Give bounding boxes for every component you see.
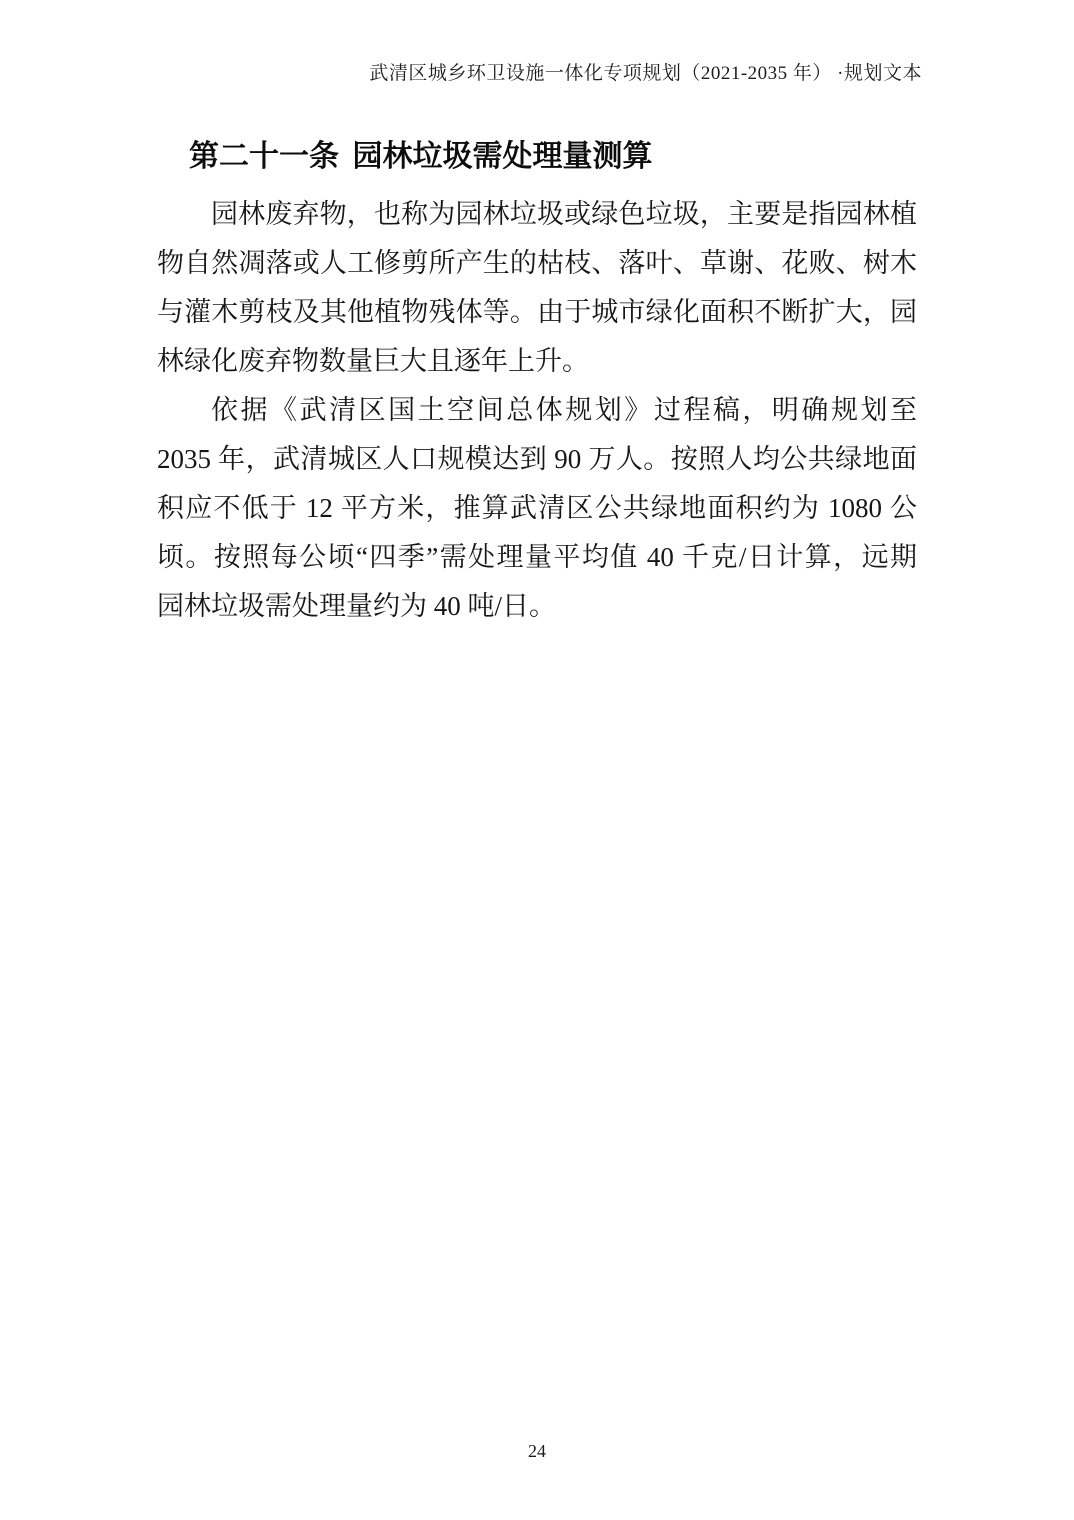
text-line: 依据《武清区国土空间总体规划》过程稿，明确规划至 — [157, 386, 917, 435]
section-heading: 第二十一条园林垃圾需处理量测算 — [189, 131, 653, 175]
section-number: 第二十一条 — [189, 140, 339, 173]
paragraph-2: 依据《武清区国土空间总体规划》过程稿，明确规划至 2035 年，武清城区人口规模… — [157, 386, 917, 631]
page-header: 武清区城乡环卫设施一体化专项规划（2021-2035 年） ·规划文本 — [369, 58, 922, 85]
paragraph-1: 园林废弃物，也称为园林垃圾或绿色垃圾，主要是指园林植 物自然凋落或人工修剪所产生… — [157, 190, 917, 386]
document-body: 园林废弃物，也称为园林垃圾或绿色垃圾，主要是指园林植 物自然凋落或人工修剪所产生… — [157, 190, 917, 631]
text-line: 园林垃圾需处理量约为 40 吨/日。 — [157, 582, 917, 631]
text-line: 顷。按照每公顷“四季”需处理量平均值 40 千克/日计算，远期 — [157, 533, 917, 582]
text-line: 园林废弃物，也称为园林垃圾或绿色垃圾，主要是指园林植 — [157, 190, 917, 239]
text-line: 2035 年，武清城区人口规模达到 90 万人。按照人均公共绿地面 — [157, 435, 917, 484]
document-page: 武清区城乡环卫设施一体化专项规划（2021-2035 年） ·规划文本 第二十一… — [0, 0, 1074, 1520]
text-line: 积应不低于 12 平方米，推算武清区公共绿地面积约为 1080 公 — [157, 484, 917, 533]
section-title: 园林垃圾需处理量测算 — [353, 140, 653, 173]
text-line: 物自然凋落或人工修剪所产生的枯枝、落叶、草谢、花败、树木 — [157, 239, 917, 288]
page-number: 24 — [0, 1441, 1074, 1462]
text-line: 林绿化废弃物数量巨大且逐年上升。 — [157, 337, 917, 386]
text-line: 与灌木剪枝及其他植物残体等。由于城市绿化面积不断扩大，园 — [157, 288, 917, 337]
